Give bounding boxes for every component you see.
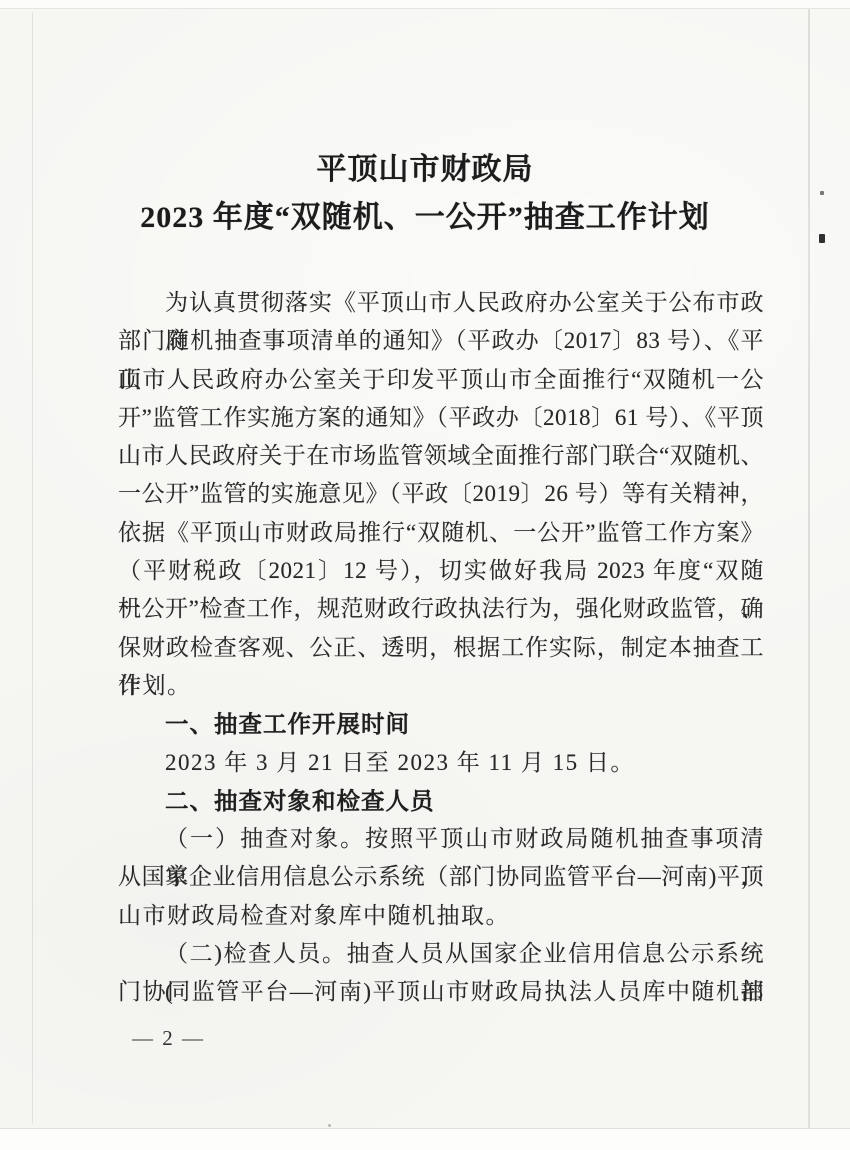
document-line: 山市财政局检查对象库中随机抽取。 [118, 897, 764, 935]
document-line: （平财税政〔2021〕12 号），切实做好我局 2023 年度“双随机、 [118, 552, 764, 590]
document-line: 开”监管工作实施方案的通知》（平政办〔2018〕61 号）、《平顶 [118, 399, 764, 437]
document-line: 保财政检查客观、公正、透明，根据工作实际，制定本抽查工作 [118, 629, 764, 667]
document-body: 为认真贯彻落实《平顶山市人民政府办公室关于公布市政府 部门随机抽查事项清单的通知… [118, 284, 764, 1012]
document-line: （二)检查人员。抽查人员从国家企业信用信息公示系统(部 [118, 935, 764, 973]
document-line: 依据《平顶山市财政局推行“双随机、一公开”监管工作方案》 [118, 514, 764, 552]
ink-speck [819, 234, 825, 243]
document-line: 计划。 [118, 667, 764, 705]
document-line: 从国家企业信用信息公示系统（部门协同监管平台—河南)平顶 [118, 858, 764, 896]
scanned-document-page: 平顶山市财政局 2023 年度“双随机、一公开”抽查工作计划 为认真贯彻落实《平… [0, 0, 850, 1150]
section-heading-2: 二、抽查对象和检查人员 [118, 782, 764, 820]
ink-speck [328, 1124, 331, 1127]
document-line: 山市人民政府办公室关于印发平顶山市全面推行“双随机一公 [118, 361, 764, 399]
document-line: （一）抽查对象。按照平顶山市财政局随机抽查事项清单， [118, 820, 764, 858]
scanner-bottom-edge [0, 1128, 850, 1150]
section-heading-1: 一、抽查工作开展时间 [118, 705, 764, 743]
document-title: 平顶山市财政局 2023 年度“双随机、一公开”抽查工作计划 [0, 146, 850, 242]
document-line: 门协同监管平台—河南)平顶山市财政局执法人员库中随机抽 [118, 973, 764, 1011]
scanner-top-edge [0, 0, 850, 9]
page-number: — 2 — [132, 1026, 205, 1051]
document-line: 一公开”检查工作，规范财政行政执法行为，强化财政监管，确 [118, 590, 764, 628]
document-line: 一公开”监管的实施意见》（平政〔2019〕26 号）等有关精神， [118, 475, 764, 513]
document-line: 山市人民政府关于在市场监管领域全面推行部门联合“双随机、 [118, 437, 764, 475]
document-title-line1: 平顶山市财政局 [0, 146, 850, 194]
document-line: 2023 年 3 月 21 日至 2023 年 11 月 15 日。 [118, 744, 764, 782]
document-line: 部门随机抽查事项清单的通知》（平政办〔2017〕83 号）、《平顶 [118, 322, 764, 360]
document-line: 为认真贯彻落实《平顶山市人民政府办公室关于公布市政府 [118, 284, 764, 322]
ink-speck [820, 191, 824, 195]
document-title-line2: 2023 年度“双随机、一公开”抽查工作计划 [0, 194, 850, 242]
